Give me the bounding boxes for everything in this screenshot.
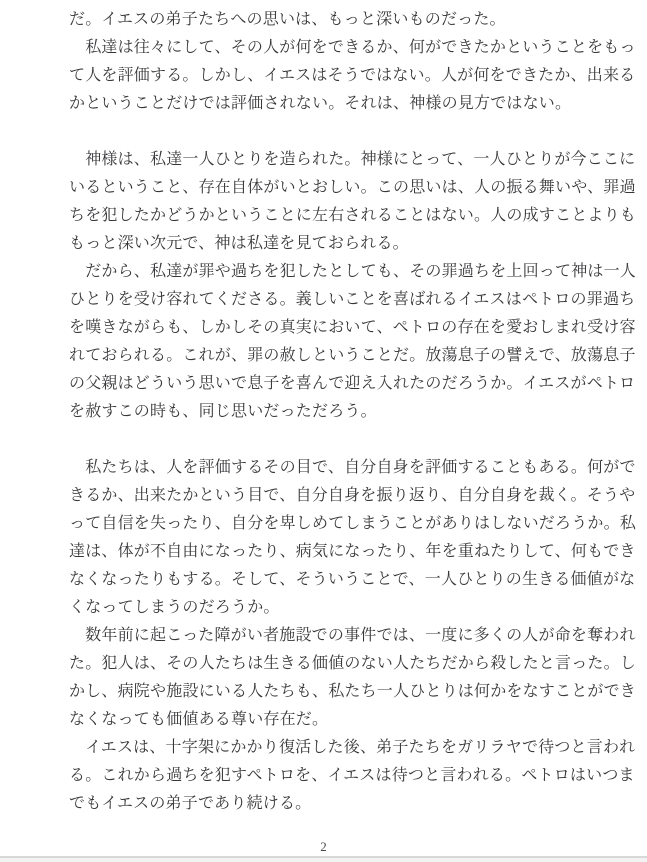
text-line: ひとりを受け容れてくださる。義しいことを喜ばれるイエスはペトロの罪過ち bbox=[69, 286, 639, 314]
text-line: 神様は、私達一人ひとりを造られた。神様にとって、一人ひとりが今ここに bbox=[69, 146, 639, 174]
text-line: いるということ、存在自体がいとおしい。この思いは、人の振る舞いや、罪過 bbox=[69, 174, 639, 202]
text-line: なくなったりもする。そして、そういうことで、一人ひとりの生きる価値がな bbox=[69, 566, 639, 594]
text-line: 私たちは、人を評価するその目で、自分自身を評価することもある。何がで bbox=[69, 454, 639, 482]
text-line: かし、病院や施設にいる人たちも、私たち一人ひとりは何かをなすことができ bbox=[69, 678, 639, 706]
text-line: イエスは、十字架にかかり復活した後、弟子たちをガリラヤで待つと言われ bbox=[69, 734, 639, 762]
text-line: 数年前に起こった障がい者施設での事件では、一度に多くの人が命を奪われ bbox=[69, 622, 639, 650]
text-line: だから、私達が罪や過ちを犯したとしても、その罪過ちを上回って神は一人 bbox=[69, 258, 639, 286]
text-line: だ。イエスの弟子たちへの思いは、もっと深いものだった。 bbox=[69, 6, 639, 34]
document-page: だ。イエスの弟子たちへの思いは、もっと深いものだった。 私達は往々にして、その人… bbox=[0, 0, 647, 857]
text-line: 私達は往々にして、その人が何をできるか、何ができたかということをもっ bbox=[69, 34, 639, 62]
text-line: ちを犯したかどうかということに左右されることはない。人の成すことよりも bbox=[69, 202, 639, 230]
text-line: れておられる。これが、罪の赦しということだ。放蕩息子の譬えで、放蕩息子 bbox=[69, 342, 639, 370]
blank-line bbox=[69, 426, 639, 454]
text-line: なくなっても価値ある尊い存在だ。 bbox=[69, 706, 639, 734]
text-line: 達は、体が不自由になったり、病気になったり、年を重ねたりして、何もでき bbox=[69, 538, 639, 566]
text-line: の父親はどういう思いで息子を喜んで迎え入れたのだろうか。イエスがペトロ bbox=[69, 370, 639, 398]
text-line: を赦すこの時も、同じ思いだっただろう。 bbox=[69, 398, 639, 426]
text-line: た。犯人は、その人たちは生きる価値のない人たちだから殺したと言った。し bbox=[69, 650, 639, 678]
page-number: 2 bbox=[0, 838, 647, 856]
document-viewer: だ。イエスの弟子たちへの思いは、もっと深いものだった。 私達は往々にして、その人… bbox=[0, 0, 647, 862]
text-line: でもイエスの弟子であり続ける。 bbox=[69, 790, 639, 818]
text-line: って自信を失ったり、自分を卑しめてしまうことがありはしないだろうか。私 bbox=[69, 510, 639, 538]
blank-line bbox=[69, 118, 639, 146]
text-line: もっと深い次元で、神は私達を見ておられる。 bbox=[69, 230, 639, 258]
text-line: を嘆きながらも、しかしその真実において、ペトロの存在を愛おしまれ受け容 bbox=[69, 314, 639, 342]
body-text: だ。イエスの弟子たちへの思いは、もっと深いものだった。 私達は往々にして、その人… bbox=[69, 6, 639, 818]
text-line: る。これから過ちを犯すペトロを、イエスは待つと言われる。ペトロはいつま bbox=[69, 762, 639, 790]
text-line: くなってしまうのだろうか。 bbox=[69, 594, 639, 622]
text-line: きるか、出来たかという目で、自分自身を振り返り、自分自身を裁く。そうや bbox=[69, 482, 639, 510]
text-line: て人を評価する。しかし、イエスはそうではない。人が何をできたか、出来る bbox=[69, 62, 639, 90]
page-bottom-edge bbox=[0, 856, 647, 862]
text-line: かということだけでは評価されない。それは、神様の見方ではない。 bbox=[69, 90, 639, 118]
